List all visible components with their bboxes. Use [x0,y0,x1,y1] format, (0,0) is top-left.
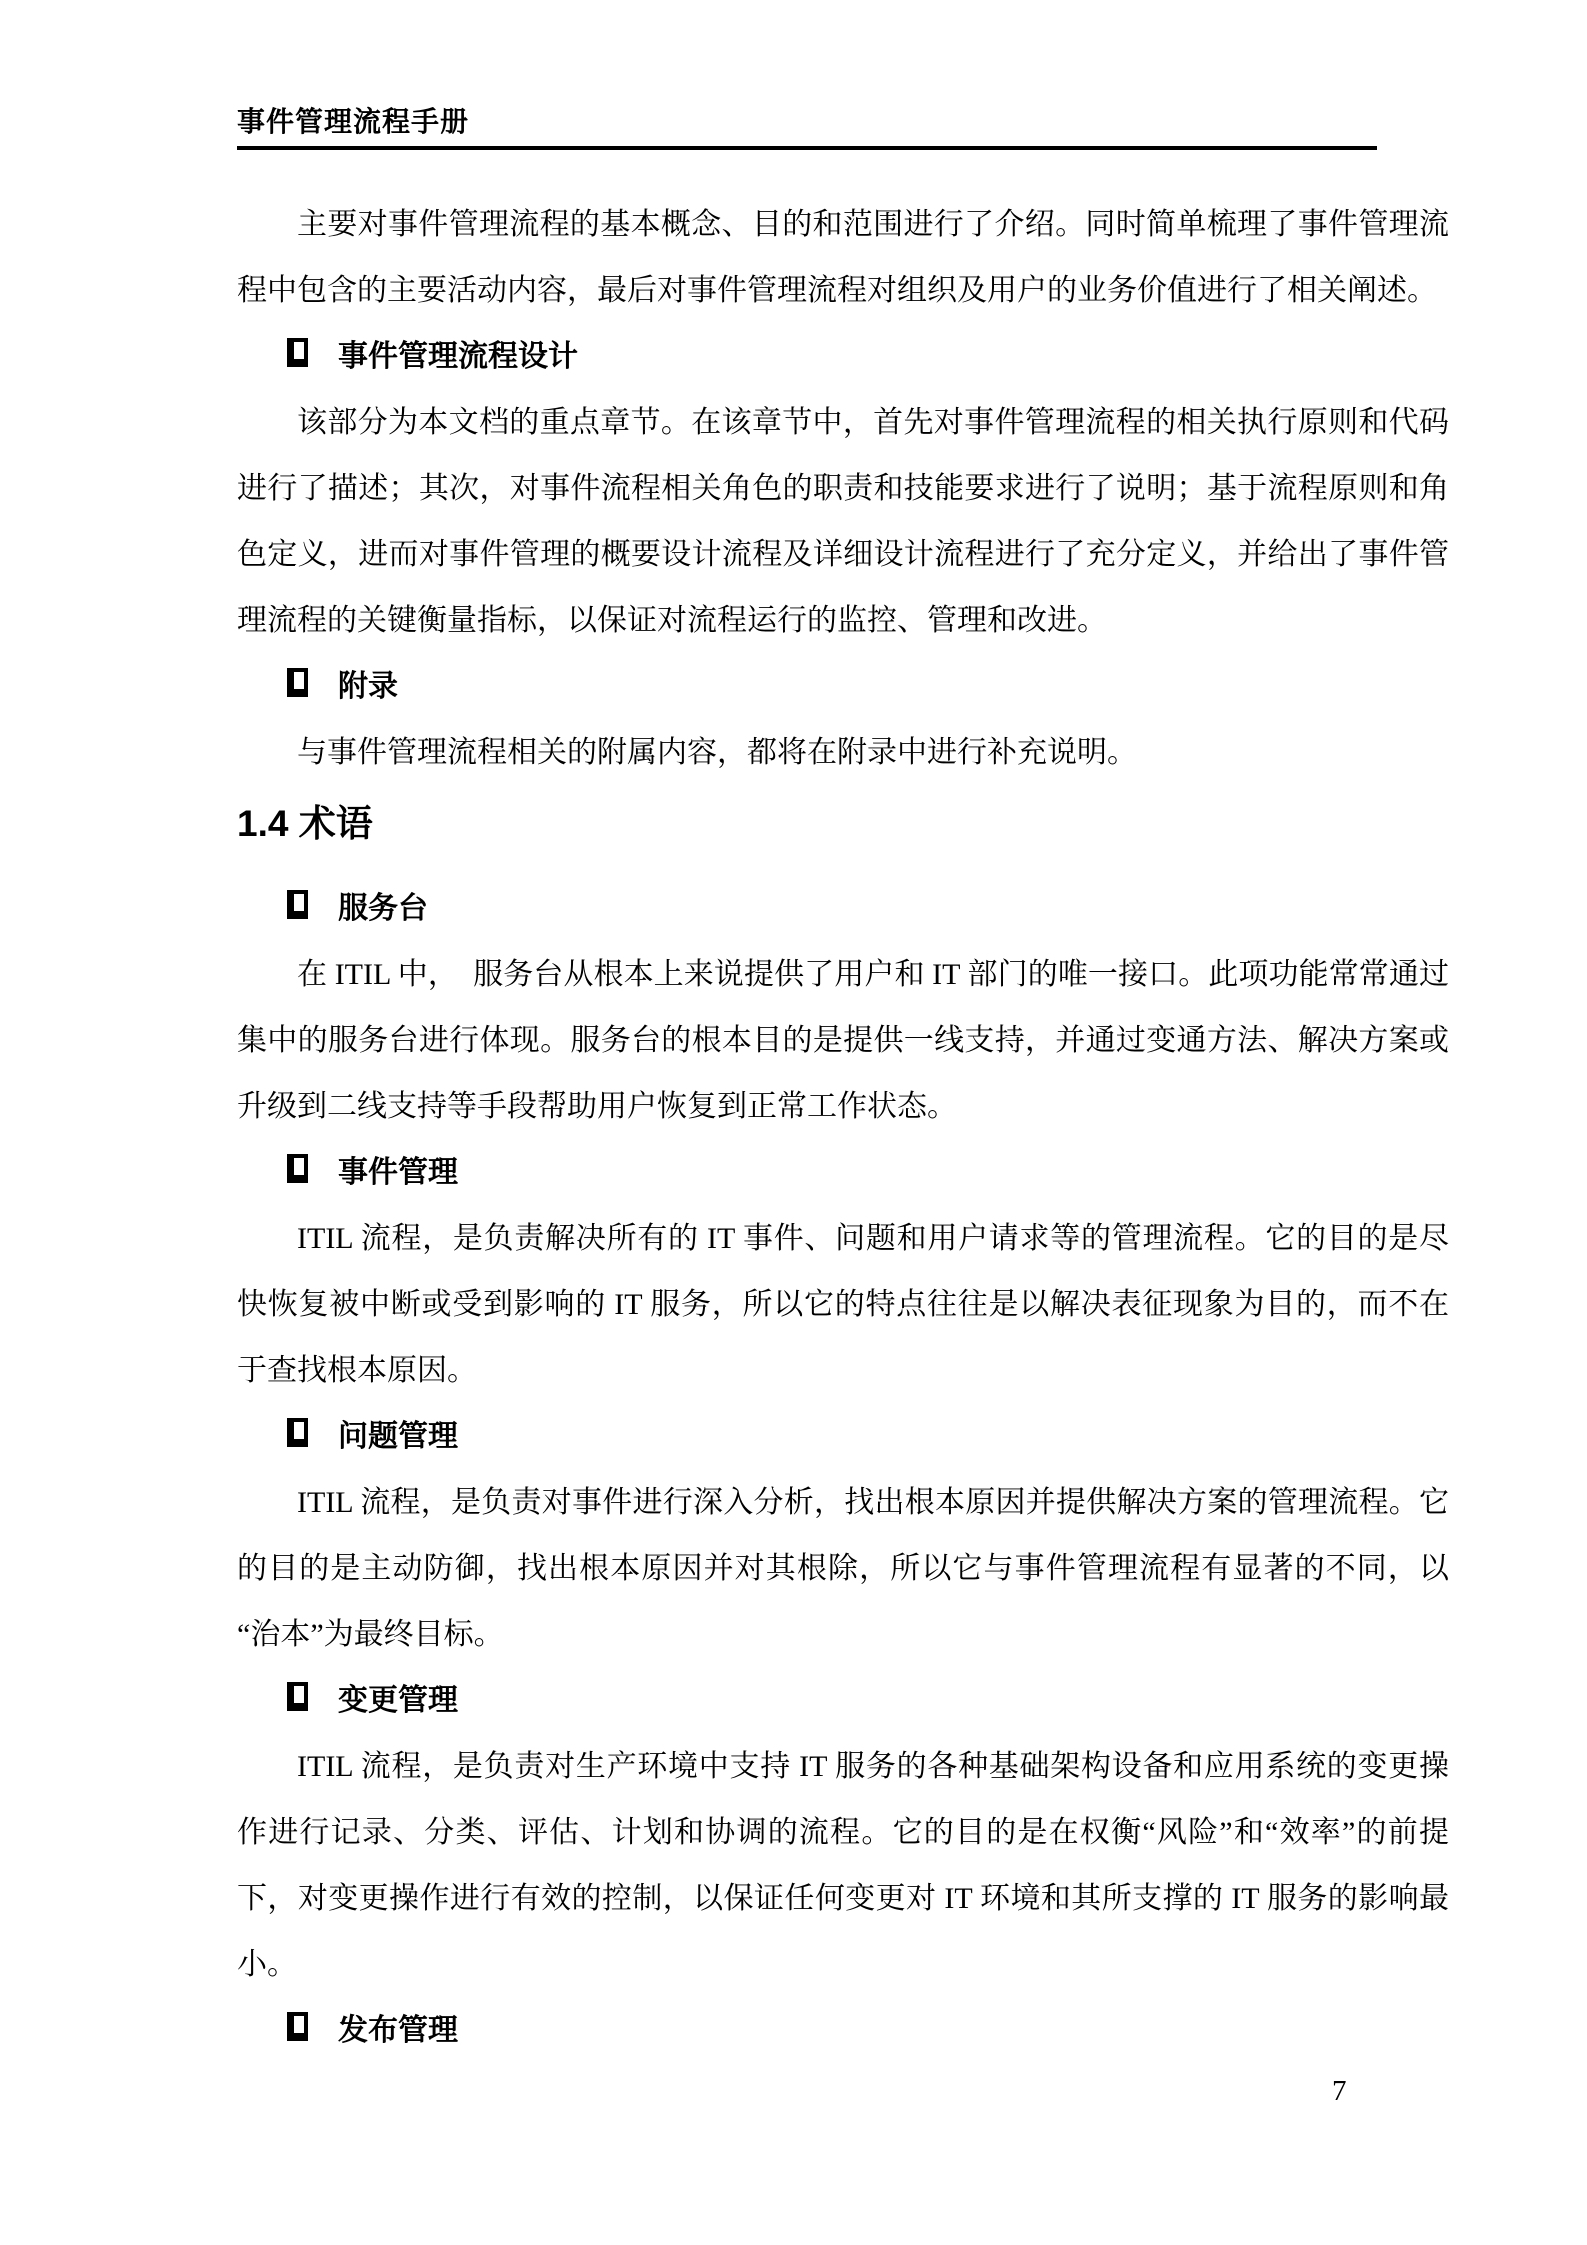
square-bullet-icon [287,2012,308,2041]
paragraph: 主要对事件管理流程的基本概念、目的和范围进行了介绍。同时简单梳理了事件管理流程中… [237,192,1449,324]
paragraph: 与事件管理流程相关的附属内容，都将在附录中进行补充说明。 [237,720,1449,786]
square-bullet-icon [287,1154,308,1183]
bullet-item: 事件管理流程设计 [237,324,1449,390]
square-bullet-icon [287,338,308,367]
document-page: 事件管理流程手册 主要对事件管理流程的基本概念、目的和范围进行了介绍。同时简单梳… [0,0,1587,2245]
document-body: 主要对事件管理流程的基本概念、目的和范围进行了介绍。同时简单梳理了事件管理流程中… [237,150,1449,2064]
paragraph: ITIL 流程，是负责解决所有的 IT 事件、问题和用户请求等的管理流程。它的目… [237,1206,1449,1404]
paragraph: ITIL 流程，是负责对生产环境中支持 IT 服务的各种基础架构设备和应用系统的… [237,1734,1449,1998]
paragraph: 该部分为本文档的重点章节。在该章节中，首先对事件管理流程的相关执行原则和代码进行… [237,390,1449,654]
bullet-item: 问题管理 [237,1404,1449,1470]
bullet-item: 发布管理 [237,1998,1449,2064]
bullet-label: 事件管理流程设计 [338,340,578,373]
bullet-label: 问题管理 [338,1420,458,1453]
section-heading: 1.4 术语 [237,796,1449,852]
bullet-label: 服务台 [338,892,428,925]
bullet-item: 事件管理 [237,1140,1449,1206]
bullet-item: 附录 [237,654,1449,720]
square-bullet-icon [287,1418,308,1447]
page-number: 7 [1332,2074,1347,2108]
square-bullet-icon [287,668,308,697]
paragraph: ITIL 流程，是负责对事件进行深入分析，找出根本原因并提供解决方案的管理流程。… [237,1470,1449,1668]
square-bullet-icon [287,1682,308,1711]
square-bullet-icon [287,890,308,919]
bullet-label: 事件管理 [338,1156,458,1189]
paragraph: 在 ITIL 中， 服务台从根本上来说提供了用户和 IT 部门的唯一接口。此项功… [237,942,1449,1140]
header-title: 事件管理流程手册 [237,106,1377,140]
bullet-item: 服务台 [237,876,1449,942]
bullet-label: 变更管理 [338,1684,458,1717]
bullet-label: 附录 [338,670,398,703]
page-header: 事件管理流程手册 [237,0,1377,150]
bullet-item: 变更管理 [237,1668,1449,1734]
bullet-label: 发布管理 [338,2014,458,2047]
